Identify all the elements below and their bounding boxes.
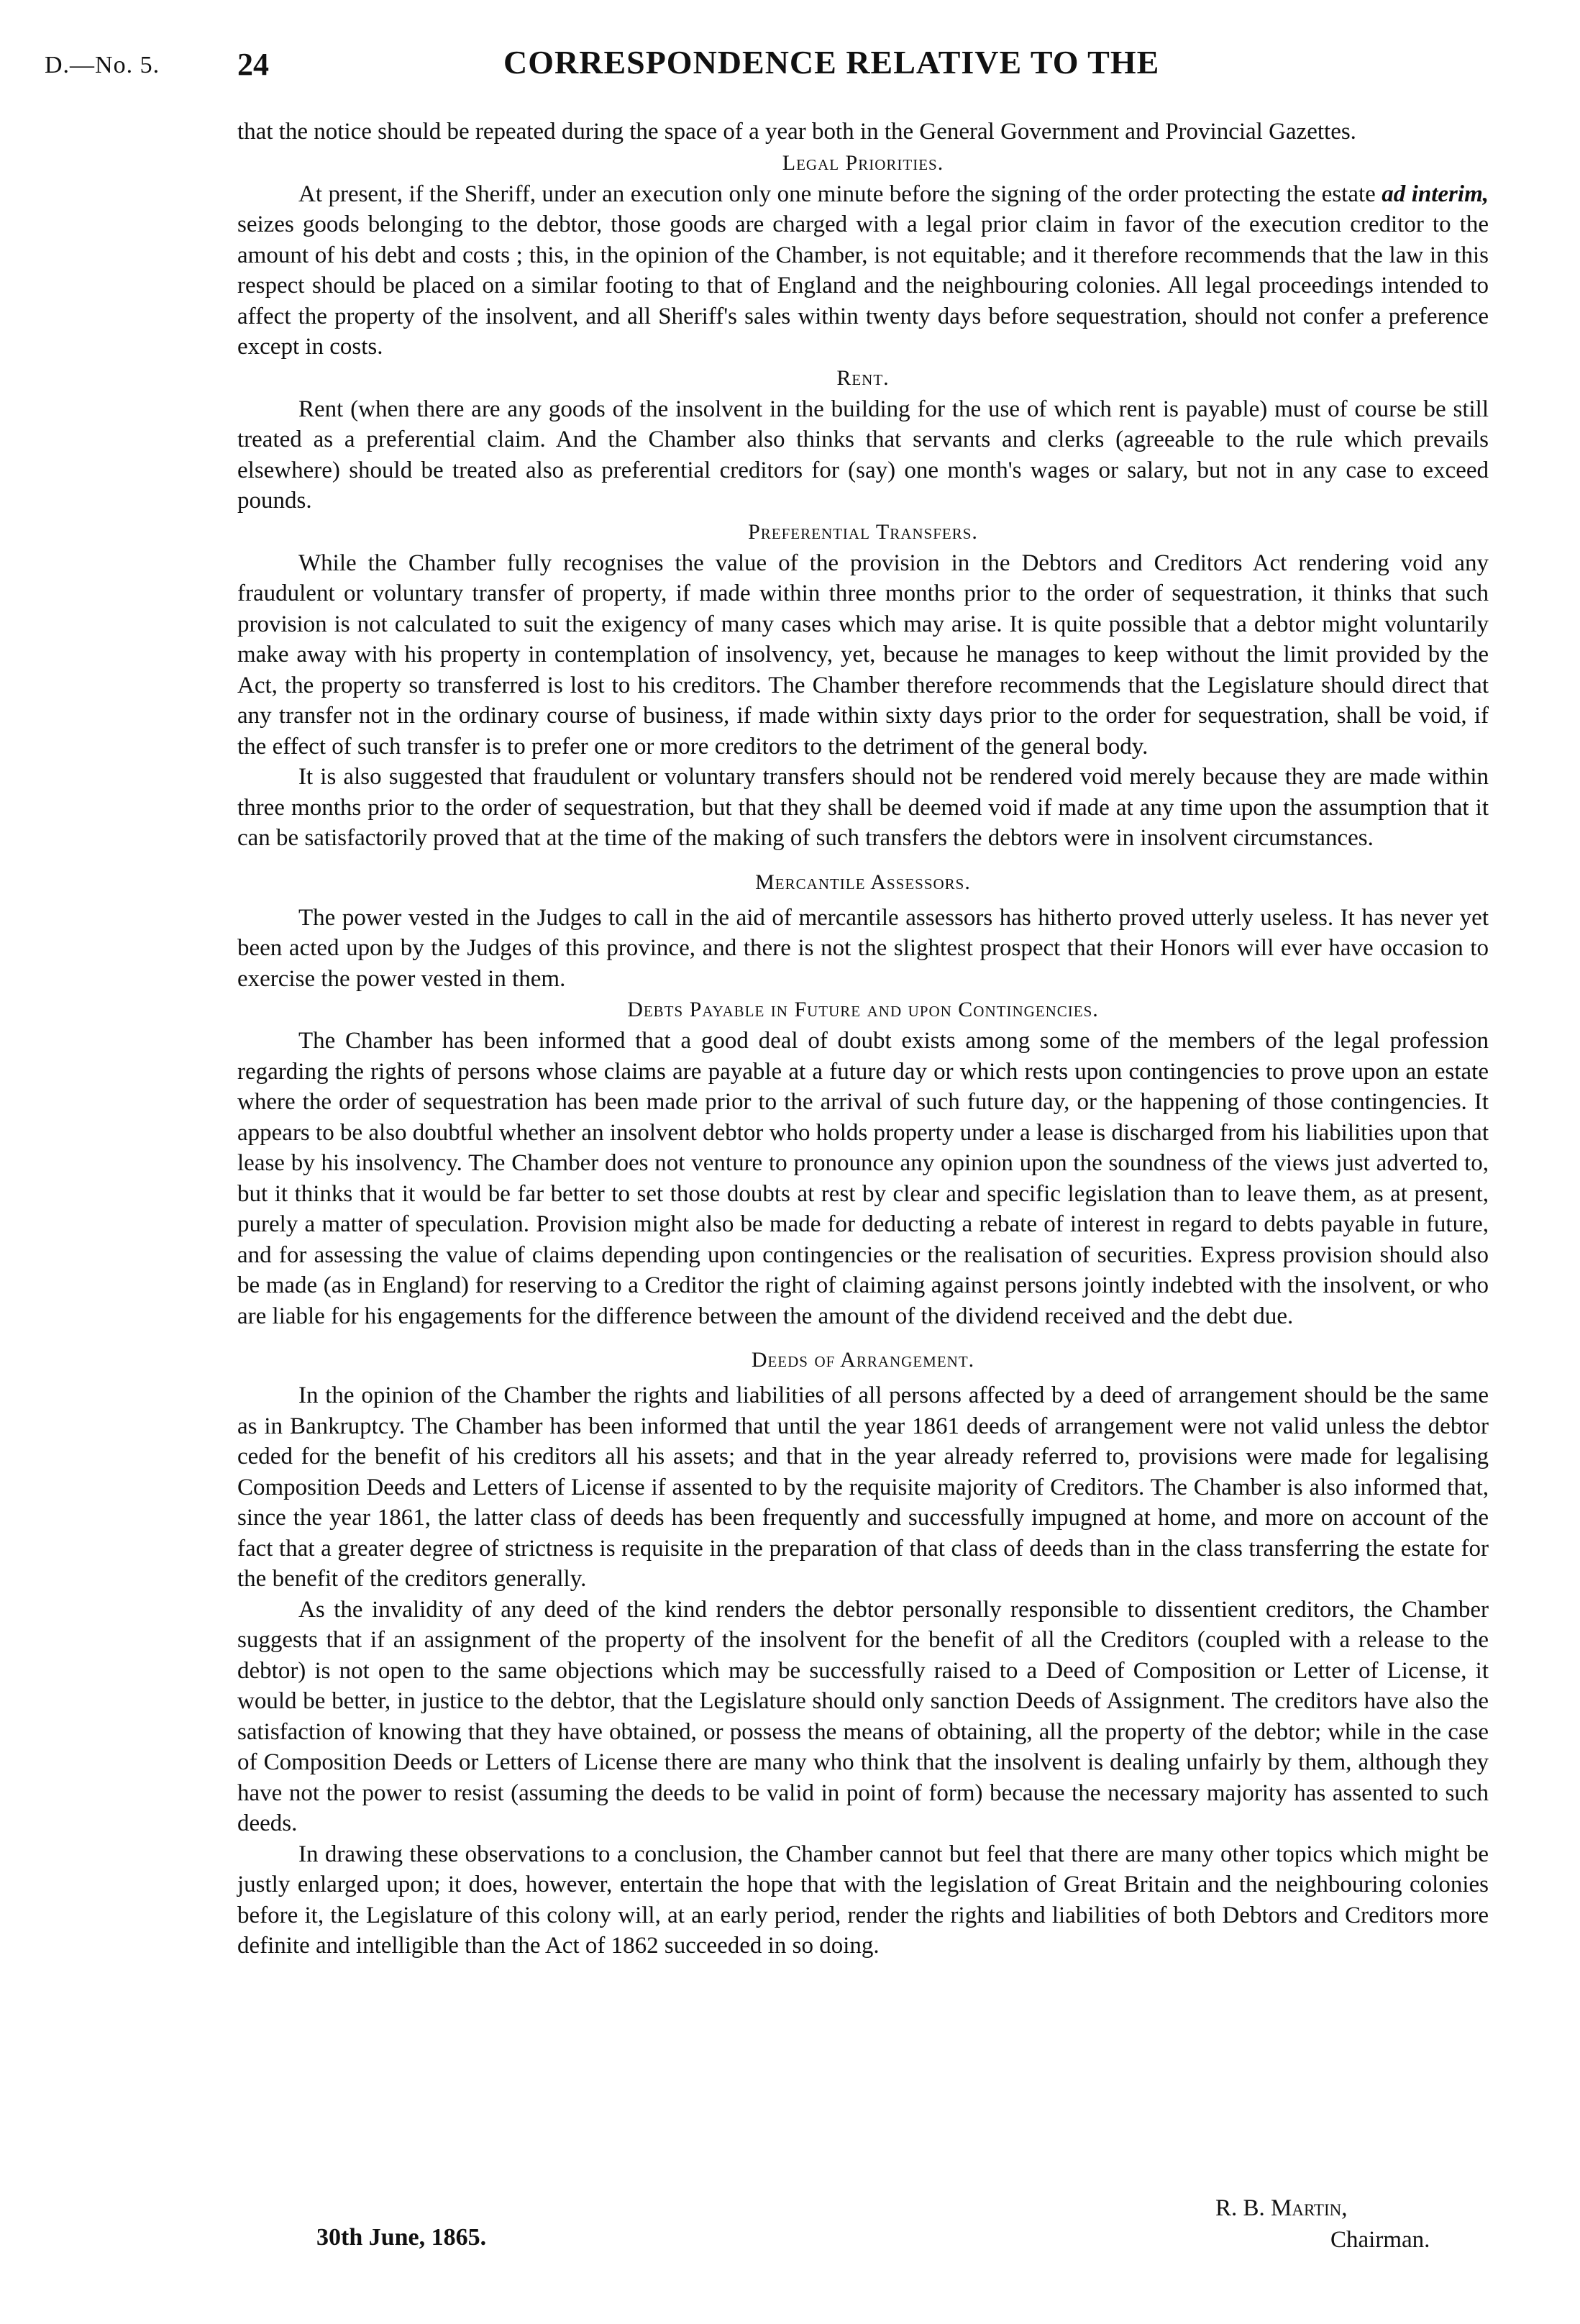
paragraph-preferential-transfers-2: It is also suggested that fraudulent or … xyxy=(237,762,1489,854)
paragraph-deeds-2: As the invalidity of any deed of the kin… xyxy=(237,1595,1489,1839)
document-reference: D.—No. 5. xyxy=(45,52,160,79)
signatory-name: R. B. Martin, xyxy=(1215,2192,1430,2224)
paragraph-continuation: that the notice should be repeated durin… xyxy=(237,117,1489,147)
paragraph-mercantile-assessors: The power vested in the Judges to call i… xyxy=(237,903,1489,995)
section-heading-preferential-transfers: Preferential Transfers. xyxy=(237,516,1489,548)
section-heading-deeds-of-arrangement: Deeds of Arrangement. xyxy=(237,1344,1489,1376)
section-heading-debts-payable: Debts Payable in Future and upon Conting… xyxy=(237,994,1489,1026)
page-header: D.—No. 5. 24 CORRESPONDENCE RELATIVE TO … xyxy=(0,43,1580,86)
section-heading-rent: Rent. xyxy=(237,363,1489,394)
section-heading-legal-priorities: Legal Priorities. xyxy=(237,147,1489,179)
paragraph-deeds-1: In the opinion of the Chamber the rights… xyxy=(237,1380,1489,1595)
paragraph-debts-payable: The Chamber has been informed that a goo… xyxy=(237,1026,1489,1331)
paragraph-preferential-transfers-1: While the Chamber fully recognises the v… xyxy=(237,548,1489,762)
document-body: that the notice should be repeated durin… xyxy=(237,117,1489,1961)
running-title: CORRESPONDENCE RELATIVE TO THE xyxy=(503,43,1159,81)
page-number: 24 xyxy=(237,46,269,83)
paragraph-legal-priorities: At present, if the Sheriff, under an exe… xyxy=(237,179,1489,363)
italic-phrase: ad interim, xyxy=(1382,181,1489,207)
signature-block: R. B. Martin, Chairman. xyxy=(1215,2192,1430,2256)
section-heading-mercantile-assessors: Mercantile Assessors. xyxy=(237,867,1489,898)
document-date: 30th June, 1865. xyxy=(316,2224,486,2251)
paragraph-conclusion: In drawing these observations to a concl… xyxy=(237,1839,1489,1961)
signatory-title: Chairman. xyxy=(1215,2224,1430,2256)
text-run: At present, if the Sheriff, under an exe… xyxy=(298,181,1382,207)
paragraph-rent: Rent (when there are any goods of the in… xyxy=(237,394,1489,516)
text-run: seizes goods belonging to the debtor, th… xyxy=(237,211,1489,360)
